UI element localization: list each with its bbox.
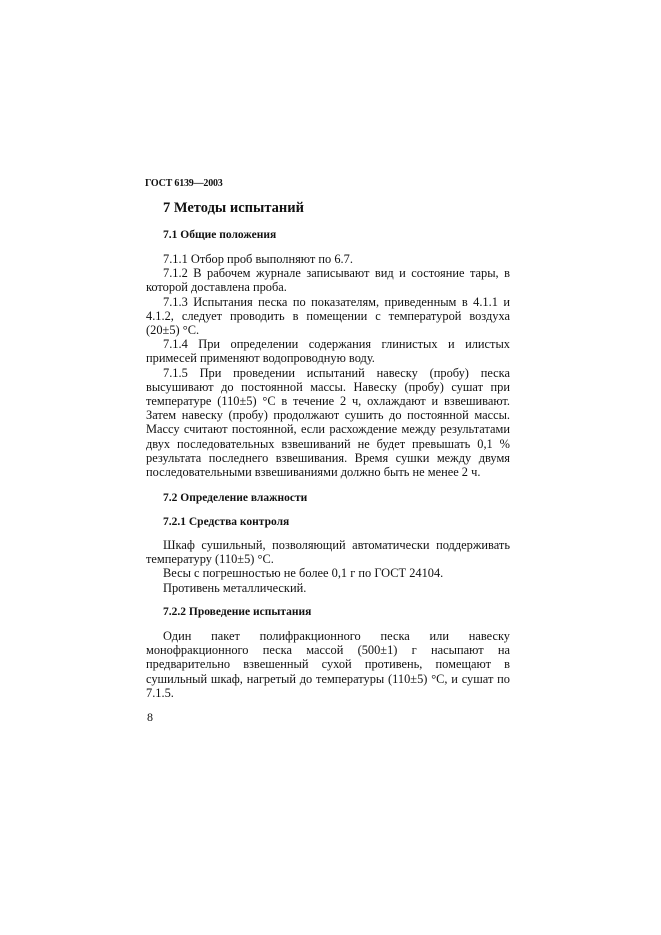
paragraph-7-1-5: 7.1.5 При проведении испытаний навеску (… — [146, 366, 510, 480]
paragraph-7-1-2: 7.1.2 В рабочем журнале записывают вид и… — [146, 266, 510, 294]
subsection-title-7-2-2: 7.2.2 Проведение испытания — [163, 606, 311, 618]
paragraph-test-procedure: Один пакет полифракционного песка или на… — [146, 629, 510, 700]
paragraph-7-1-4: 7.1.4 При определении содержания глинист… — [146, 337, 510, 365]
section-7-2-1-body: Шкаф сушильный, позволяющий автоматическ… — [146, 538, 510, 595]
paragraph-7-1-1: 7.1.1 Отбор проб выполняют по 6.7. — [146, 252, 510, 266]
document-page: ГОСТ 6139—2003 7 Методы испытаний 7.1 Об… — [0, 0, 661, 935]
paragraph-drying-cabinet: Шкаф сушильный, позволяющий автоматическ… — [146, 538, 510, 566]
section-title: 7 Методы испытаний — [163, 200, 304, 217]
paragraph-7-1-3: 7.1.3 Испытания песка по показателям, пр… — [146, 295, 510, 338]
subsection-title-7-1: 7.1 Общие положения — [163, 229, 276, 241]
subsection-title-7-2-1: 7.2.1 Средства контроля — [163, 516, 289, 528]
page-number: 8 — [147, 710, 153, 725]
paragraph-tray: Противень металлический. — [146, 581, 510, 595]
subsection-title-7-2: 7.2 Определение влажности — [163, 492, 307, 504]
paragraph-scales: Весы с погрешностью не более 0,1 г по ГО… — [146, 566, 510, 580]
section-7-1-body: 7.1.1 Отбор проб выполняют по 6.7. 7.1.2… — [146, 252, 510, 479]
running-head: ГОСТ 6139—2003 — [145, 178, 223, 189]
section-7-2-2-body: Один пакет полифракционного песка или на… — [146, 629, 510, 700]
